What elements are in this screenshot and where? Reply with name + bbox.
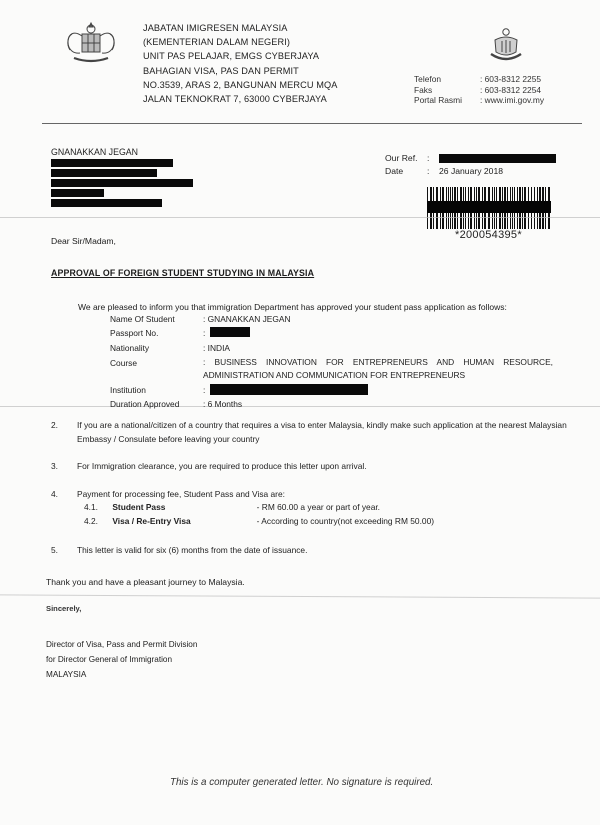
contact-value: : 603-8312 2255 <box>480 74 541 85</box>
sincerely: Sincerely, <box>46 604 81 613</box>
letterhead-line: UNIT PAS PELAJAR, EMGS CYBERJAYA <box>143 49 337 63</box>
redacted-address-line <box>51 189 104 197</box>
signatory-line: MALAYSIA <box>46 667 197 682</box>
contact-label: Portal Rasmi <box>414 95 480 106</box>
paragraph-number: 2. <box>51 419 58 433</box>
institution-redacted <box>210 384 368 395</box>
signatory-line: for Director General of Immigration <box>46 652 197 667</box>
detail-label: Duration Approved <box>110 397 203 411</box>
closing-line: Thank you and have a pleasant journey to… <box>46 577 245 587</box>
contact-block: Telefon : 603-8312 2255 Faks : 603-8312 … <box>414 74 544 106</box>
computer-generated-note: This is a computer generated letter. No … <box>170 777 433 788</box>
letter-subject: APPROVAL OF FOREIGN STUDENT STUDYING IN … <box>51 268 314 278</box>
detail-row-institution: Institution : <box>110 383 553 397</box>
greeting: Dear Sir/Madam, <box>51 236 116 246</box>
letterhead-divider <box>42 123 582 124</box>
barcode-icon <box>427 187 551 229</box>
paragraph-text: For Immigration clearance, you are requi… <box>77 460 572 474</box>
contact-label: Telefon <box>414 74 480 85</box>
fee-number: 4.2. <box>84 516 110 526</box>
paragraph-text: Payment for processing fee, Student Pass… <box>77 488 572 502</box>
contact-portal: Portal Rasmi : www.imi.gov.my <box>414 95 544 106</box>
date-value: 26 January 2018 <box>439 165 503 178</box>
detail-value: : INDIA <box>203 341 553 355</box>
barcode-number: *200054395* <box>455 229 522 241</box>
paragraph-number: 3. <box>51 460 58 474</box>
detail-value: : <box>203 326 553 340</box>
immigration-crest-icon <box>486 26 526 66</box>
detail-row-passport: Passport No. : <box>110 326 553 340</box>
detail-value: : 6 Months <box>203 397 553 411</box>
colon: : <box>427 165 439 178</box>
malaysia-coat-of-arms-icon <box>62 20 120 66</box>
detail-row-duration: Duration Approved : 6 Months <box>110 397 553 411</box>
scan-artifact <box>0 217 600 218</box>
contact-phone: Telefon : 603-8312 2255 <box>414 74 544 85</box>
signatory-line: Director of Visa, Pass and Permit Divisi… <box>46 637 197 652</box>
fee-number: 4.1. <box>84 502 110 512</box>
reference-block: Our Ref. : Date : 26 January 2018 <box>385 152 556 178</box>
fee-item-visa: 4.2. Visa / Re-Entry Visa - According to… <box>84 516 434 526</box>
detail-label: Passport No. <box>110 326 203 340</box>
letterhead-line: BAHAGIAN VISA, PAS DAN PERMIT <box>143 64 337 78</box>
date-label: Date <box>385 165 427 178</box>
letterhead-line: NO.3539, ARAS 2, BANGUNAN MERCU MQA <box>143 78 337 92</box>
contact-label: Faks <box>414 85 480 96</box>
intro-paragraph: We are pleased to inform you that immigr… <box>78 302 507 312</box>
our-ref-label: Our Ref. <box>385 152 427 165</box>
redacted-address-line <box>51 179 193 187</box>
contact-value: : 603-8312 2254 <box>480 85 541 96</box>
detail-value: : BUSINESS INNOVATION FOR ENTREPRENEURS … <box>203 356 553 382</box>
approval-details: Name Of Student : GNANAKKAN JEGAN Passpo… <box>110 312 553 411</box>
scan-artifact <box>0 594 600 598</box>
letterhead-line: JALAN TEKNOKRAT 7, 63000 CYBERJAYA <box>143 92 337 106</box>
detail-label: Institution <box>110 383 203 397</box>
detail-value: : <box>203 383 553 397</box>
fee-description: - RM 60.00 a year or part of year. <box>257 502 380 512</box>
redacted-address-line <box>51 169 157 177</box>
detail-label: Nationality <box>110 341 203 355</box>
signatory-block: Director of Visa, Pass and Permit Divisi… <box>46 637 197 682</box>
fee-item: Visa / Re-Entry Visa <box>112 516 254 526</box>
fee-item: Student Pass <box>112 502 254 512</box>
paragraph-number: 4. <box>51 488 58 502</box>
letterhead-text: JABATAN IMIGRESEN MALAYSIA (KEMENTERIAN … <box>143 21 337 106</box>
paragraph-text: This letter is valid for six (6) months … <box>77 544 572 558</box>
letterhead-line: (KEMENTERIAN DALAM NEGERI) <box>143 35 337 49</box>
paragraph-number: 5. <box>51 544 58 558</box>
detail-row-nationality: Nationality : INDIA <box>110 341 553 355</box>
passport-redacted <box>210 327 250 337</box>
detail-row-student-name: Name Of Student : GNANAKKAN JEGAN <box>110 312 553 326</box>
contact-fax: Faks : 603-8312 2254 <box>414 85 544 96</box>
detail-colon: : <box>203 328 205 338</box>
recipient-name: GNANAKKAN JEGAN <box>51 147 138 157</box>
detail-label: Course <box>110 356 203 382</box>
redacted-address-line <box>51 159 173 167</box>
fee-item-student-pass: 4.1. Student Pass - RM 60.00 a year or p… <box>84 502 380 512</box>
redacted-address-line <box>51 199 162 207</box>
our-ref-row: Our Ref. : <box>385 152 556 165</box>
letterhead-line: JABATAN IMIGRESEN MALAYSIA <box>143 21 337 35</box>
detail-colon: : <box>203 385 205 395</box>
contact-value: : www.imi.gov.my <box>480 95 544 106</box>
our-ref-redacted <box>439 154 556 163</box>
detail-label: Name Of Student <box>110 312 203 326</box>
approval-letter-page: JABATAN IMIGRESEN MALAYSIA (KEMENTERIAN … <box>0 0 600 825</box>
fee-description: - According to country(not exceeding RM … <box>257 516 434 526</box>
colon: : <box>427 152 439 165</box>
detail-row-course: Course : BUSINESS INNOVATION FOR ENTREPR… <box>110 356 553 382</box>
paragraph-text: If you are a national/citizen of a count… <box>77 419 572 446</box>
date-row: Date : 26 January 2018 <box>385 165 556 178</box>
detail-value: : GNANAKKAN JEGAN <box>203 312 553 326</box>
